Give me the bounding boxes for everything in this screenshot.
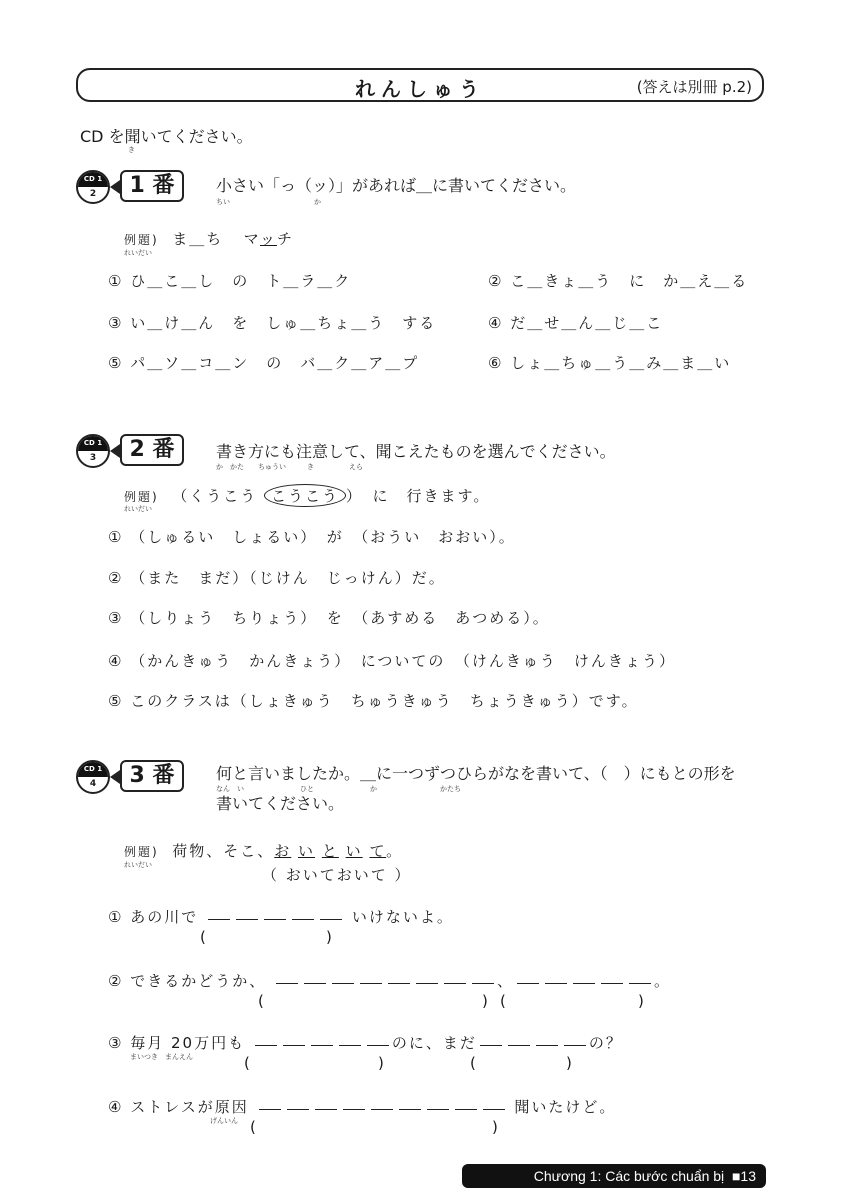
answer-reference: (答えは別冊 p.2) <box>637 76 752 97</box>
answer-paren-close: ) <box>482 992 488 1010</box>
intro-ruby: き <box>128 145 135 155</box>
question-3-instruction-line-2: 書いてください。 <box>216 792 344 816</box>
question-1-item-3: ③ い＿け＿ん を しゅ＿ちょ＿う する <box>108 312 436 333</box>
question-1-item-2: ② こ＿きょ＿う に か＿え＿る <box>488 270 748 291</box>
question-2-instruction: 書き方にも注意して、聞こえたものを選んでください。 <box>216 440 616 464</box>
answer-paren-open: ( <box>258 992 264 1010</box>
question-1-example: 例題) ま＿ち マッチ <box>124 228 294 249</box>
question-2-item-5: ⑤ このクラスは（しょきゅう ちゅうきゅう ちょうきゅう）です。 <box>108 690 639 711</box>
question-3-example: 例題) 荷物、そこ、お い と い て。 <box>124 840 403 861</box>
question-2-item-1: ① （しゅるい しょるい） が （おうい おおい）。 <box>108 526 516 547</box>
chapter-footer: Chương 1: Các bước chuẩn bị ■13 <box>462 1164 766 1188</box>
cd-track-icon: CD 1 3 <box>76 434 110 468</box>
question-2-instruction-ruby: か かた ちゅうい き えら <box>216 462 363 472</box>
item-ruby: まいつき まんえん <box>130 1052 193 1062</box>
answer-paren-close: ) <box>638 992 644 1010</box>
question-1-item-4: ④ だ＿せ＿ん＿じ＿こ <box>488 312 663 333</box>
answer-paren-close: ) <box>326 928 332 946</box>
question-1-instruction: 小さい「っ（ッ）」があれば＿に書いてください。 <box>216 174 576 198</box>
speech-pointer-icon <box>110 444 120 458</box>
question-1-item-6: ⑥ しょ＿ちゅ＿う＿み＿ま＿い <box>488 352 731 373</box>
speech-pointer-icon <box>110 180 120 194</box>
chapter-title: Chương 1: Các bước chuẩn bị <box>534 1168 724 1184</box>
question-2-item-4: ④ （かんきゅう かんきょう） についての （けんきゅう けんきょう） <box>108 650 676 671</box>
question-3-item-3: ③ 毎月 20万円も のに、まだの？ <box>108 1032 623 1053</box>
question-1-item-5: ⑤ パ＿ソ＿コ＿ン の バ＿ク＿ア＿プ <box>108 352 419 373</box>
question-1-instruction-ruby: ちい か <box>216 197 321 207</box>
question-3-item-1: ① あの川で いけないよ。 <box>108 906 454 927</box>
speech-pointer-icon <box>110 770 120 784</box>
answer-paren-close: ) <box>492 1118 498 1136</box>
question-3-instruction-line-1: 何と言いましたか。＿に一つずつひらがなを書いて、（ ）にもとの形を <box>216 762 736 786</box>
item-ruby: げんいん <box>210 1116 238 1126</box>
circled-answer: こうこう <box>264 484 346 507</box>
answer-paren-open: ( <box>470 1054 476 1072</box>
example-ruby: れいだい <box>124 504 152 514</box>
question-3-item-2: ② できるかどうか、 、。 <box>108 970 671 991</box>
question-2-example: 例題) （くうこう こうこう） に 行きます。 <box>124 484 490 507</box>
question-number-2: 2 番 <box>120 434 184 466</box>
cd-track-icon: CD 1 4 <box>76 760 110 794</box>
question-3-item-4: ④ ストレスが原因 聞いたけど。 <box>108 1096 616 1117</box>
question-2-item-2: ② （また まだ）（じけん じっけん）だ。 <box>108 567 446 588</box>
example-ruby: れいだい <box>124 248 152 258</box>
question-number-3: 3 番 <box>120 760 184 792</box>
question-2-item-3: ③ （しりょう ちりょう） を （あすめる あつめる）。 <box>108 607 550 628</box>
exercise-title-bar: れんしゅう (答えは別冊 p.2) <box>76 68 764 102</box>
answer-paren-close: ) <box>566 1054 572 1072</box>
question-3-example-original: （ おいておいて ） <box>262 864 412 885</box>
answer-paren-close: ) <box>378 1054 384 1072</box>
cd-track-icon: CD 1 2 <box>76 170 110 204</box>
page-number: 13 <box>740 1168 756 1184</box>
question-1-item-1: ① ひ＿こ＿し の ト＿ラ＿ク <box>108 270 351 291</box>
example-ruby: れいだい <box>124 860 152 870</box>
intro-instruction: CD を聞いてください。 <box>80 124 253 147</box>
question-number-1: 1 番 <box>120 170 184 202</box>
answer-paren-open: ( <box>244 1054 250 1072</box>
answer-paren-open: ( <box>250 1118 256 1136</box>
answer-paren-open: ( <box>500 992 506 1010</box>
answer-paren-open: ( <box>200 928 206 946</box>
